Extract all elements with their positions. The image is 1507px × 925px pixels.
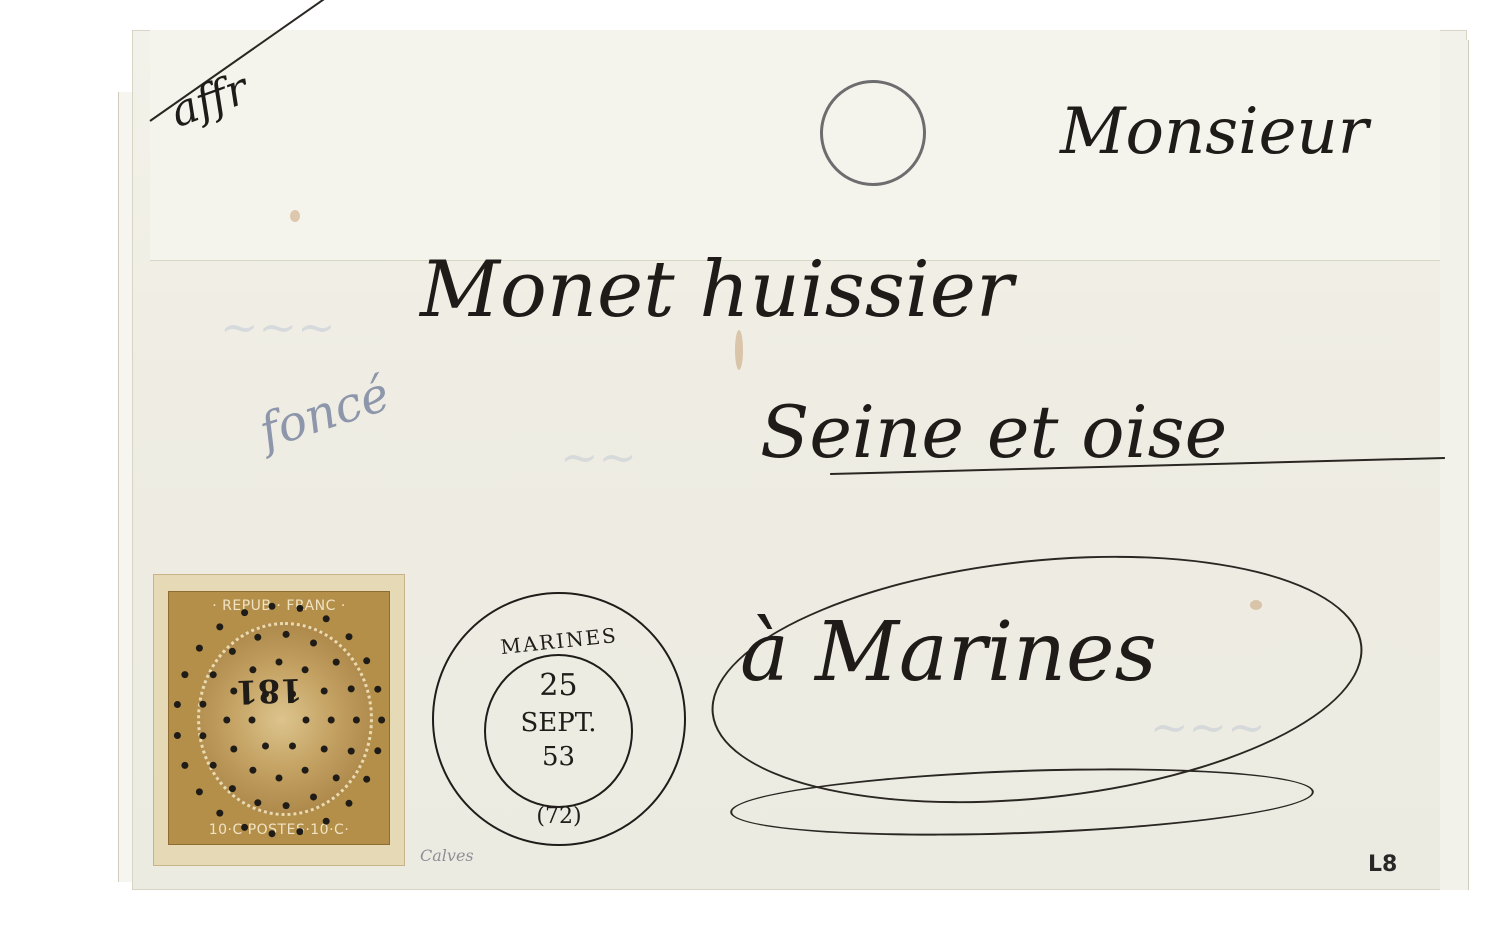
postmark-inner-ring: 25 SEPT. 53	[484, 654, 633, 808]
letter-fold-right	[1440, 40, 1469, 890]
address-line-2: Monet huissier	[420, 245, 1013, 335]
cancel-numeral: 181	[228, 671, 309, 712]
show-through-ink: ~~	[560, 430, 637, 484]
address-line-1: Monsieur	[1060, 95, 1368, 169]
postage-stamp: · REPUB · FRANC · 181 10·C·POSTES·10·C·	[154, 575, 404, 865]
stamp-portrait	[197, 622, 373, 816]
postmark-month: SEPT.	[486, 708, 631, 738]
postmark-day: 25	[486, 668, 631, 703]
stamp-top-text: · REPUB · FRANC ·	[169, 598, 389, 614]
small-circular-mark	[820, 80, 926, 186]
foxing-spot	[735, 330, 743, 370]
reference-mark: L8	[1368, 852, 1397, 877]
show-through-ink: ~~~	[220, 300, 336, 354]
date-postmark: MARINES 25 SEPT. 53 (72)	[432, 592, 686, 846]
stamp-frame: · REPUB · FRANC · 181 10·C·POSTES·10·C·	[168, 591, 390, 845]
expert-signature: Calves	[420, 846, 474, 865]
stamp-bottom-text: 10·C·POSTES·10·C·	[169, 822, 389, 838]
address-line-4: à Marines	[740, 605, 1157, 700]
address-line-3: Seine et oise	[760, 390, 1227, 474]
foxing-spot	[290, 210, 300, 222]
postmark-department: (72)	[434, 804, 684, 829]
postmark-year: 53	[486, 742, 631, 772]
